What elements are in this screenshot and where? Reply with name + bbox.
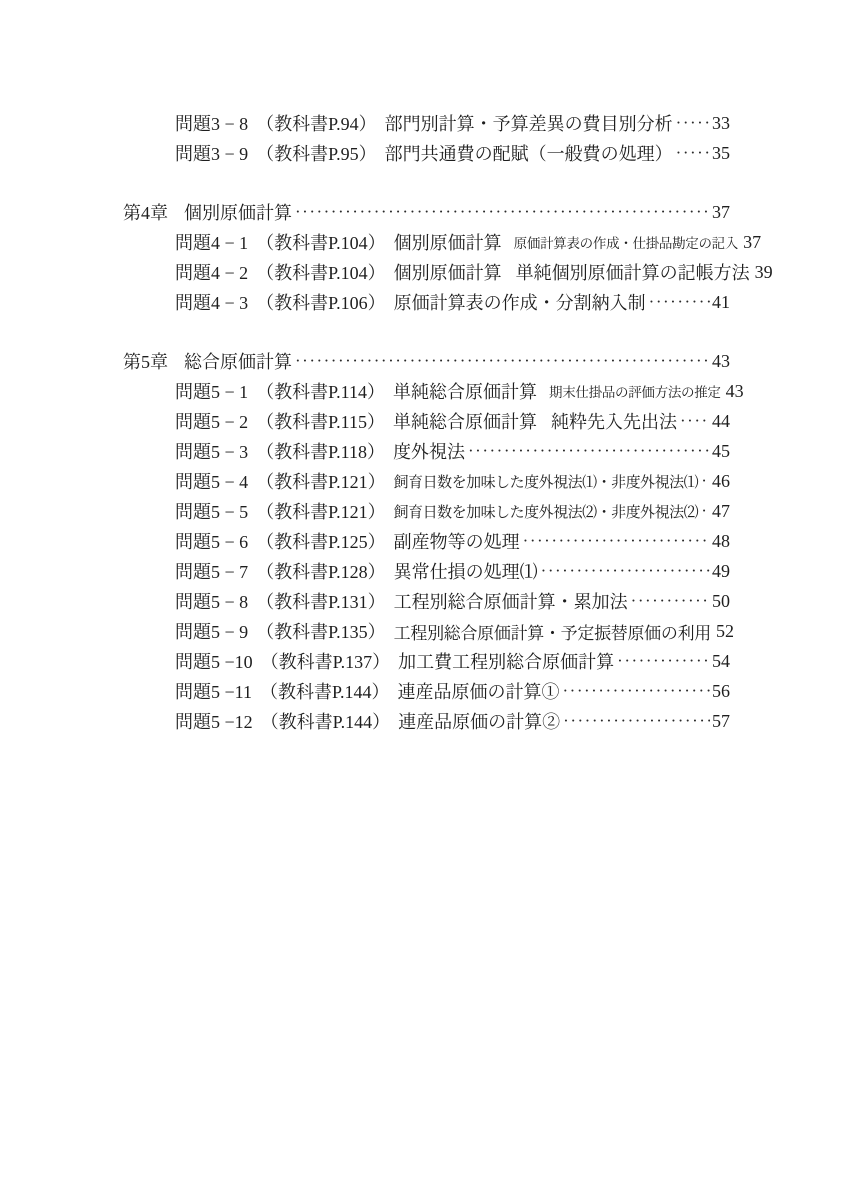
- page-number: 46: [712, 471, 730, 492]
- textbook-ref: （教科書P.128）: [256, 558, 386, 584]
- problem-number: 問題5 −12: [175, 708, 253, 734]
- dot-leader: ········································…: [523, 531, 710, 551]
- textbook-ref: （教科書P.121）: [256, 498, 386, 524]
- entry-title: 単純総合原価計算: [393, 408, 537, 434]
- page-number: 56: [712, 681, 730, 702]
- textbook-ref: （教科書P.95）: [256, 140, 377, 166]
- page-number: 50: [712, 591, 730, 612]
- entry-title: 異常仕損の処理⑴: [394, 558, 538, 584]
- entry-subtitle: 期末仕掛品の評価方法の推定: [549, 381, 721, 401]
- problem-number: 問題3 − 9: [175, 140, 248, 166]
- toc-chapter-entry: 第4章 個別原価計算 ·····························…: [123, 197, 730, 227]
- problem-number: 問題4 − 3: [175, 289, 248, 315]
- page-number: 49: [712, 561, 730, 582]
- page-number: 43: [726, 381, 744, 402]
- entry-title: 連産品原価の計算①: [398, 678, 560, 704]
- toc-entry: 問題5 − 1 （教科書P.114） 単純総合原価計算 期末仕掛品の評価方法の推…: [123, 376, 730, 406]
- textbook-ref: （教科書P.144）: [260, 678, 390, 704]
- textbook-ref: （教科書P.135）: [256, 618, 386, 644]
- toc-entry: 問題5 − 5 （教科書P.121） 飼育日数を加味した度外視法⑵・非度外視法⑵…: [123, 496, 730, 526]
- problem-number: 問題5 − 9: [175, 618, 248, 644]
- page-number: 37: [743, 232, 761, 253]
- dot-leader: ········································…: [680, 411, 710, 431]
- dot-leader: ········································…: [617, 651, 710, 671]
- page-number: 37: [712, 202, 730, 223]
- toc-entry: 問題5 − 4 （教科書P.121） 飼育日数を加味した度外視法⑴・非度外視法⑴…: [123, 466, 730, 496]
- entry-title: 部門共通費の配賦（一般費の処理）: [385, 140, 673, 166]
- textbook-ref: （教科書P.131）: [256, 588, 386, 614]
- problem-number: 問題5 − 1: [175, 378, 248, 404]
- entry-title: 工程別総合原価計算・累加法: [394, 588, 628, 614]
- dot-leader: ········································…: [676, 143, 710, 163]
- dot-leader: ········································…: [701, 501, 710, 521]
- textbook-ref: （教科書P.114）: [256, 378, 385, 404]
- dot-leader: ········································…: [676, 113, 710, 133]
- page-number: 45: [712, 441, 730, 462]
- chapter-number: 第4章: [123, 199, 168, 225]
- toc-entry: 問題5 − 8 （教科書P.131） 工程別総合原価計算・累加法 ·······…: [123, 586, 730, 616]
- table-of-contents: 問題3 − 8 （教科書P.94） 部門別計算・予算差異の費目別分析 ·····…: [123, 108, 730, 736]
- problem-number: 問題5 −10: [175, 648, 253, 674]
- dot-leader: ········································…: [649, 292, 710, 312]
- page-number: 52: [716, 621, 734, 642]
- page-number: 57: [712, 711, 730, 732]
- problem-number: 問題5 − 7: [175, 558, 248, 584]
- toc-entry: 問題5 − 7 （教科書P.128） 異常仕損の処理⑴ ············…: [123, 556, 730, 586]
- textbook-ref: （教科書P.118）: [256, 438, 385, 464]
- toc-chapter-entry: 第5章 総合原価計算 ·····························…: [123, 346, 730, 376]
- dot-leader: ········································…: [563, 681, 711, 701]
- problem-number: 問題4 − 2: [175, 259, 248, 285]
- problem-number: 問題5 − 2: [175, 408, 248, 434]
- textbook-ref: （教科書P.121）: [256, 468, 386, 494]
- scanned-toc-page: 問題3 − 8 （教科書P.94） 部門別計算・予算差異の費目別分析 ·····…: [0, 0, 850, 1200]
- page-number: 33: [712, 113, 730, 134]
- problem-number: 問題5 − 6: [175, 528, 248, 554]
- problem-number: 問題4 − 1: [175, 229, 248, 255]
- toc-entry: 問題5 −11 （教科書P.144） 連産品原価の計算① ···········…: [123, 676, 730, 706]
- dot-leader: ········································…: [541, 561, 710, 581]
- textbook-ref: （教科書P.125）: [256, 528, 386, 554]
- page-number: 48: [712, 531, 730, 552]
- problem-number: 問題5 − 4: [175, 468, 248, 494]
- problem-number: 問題5 − 3: [175, 438, 248, 464]
- textbook-ref: （教科書P.115）: [256, 408, 385, 434]
- dot-leader: ········································…: [631, 591, 710, 611]
- entry-subtitle: 原価計算表の作成・仕掛品勘定の記入: [514, 232, 738, 252]
- entry-subtitle: 純粋先入先出法: [551, 408, 677, 434]
- toc-entry: 問題5 − 3 （教科書P.118） 度外視法 ················…: [123, 436, 730, 466]
- entry-title: 単純総合原価計算: [393, 378, 537, 404]
- chapter-title: 総合原価計算: [184, 348, 292, 374]
- entry-title: 個別原価計算: [394, 259, 502, 285]
- toc-entry: 問題4 − 1 （教科書P.104） 個別原価計算 原価計算表の作成・仕掛品勘定…: [123, 227, 730, 257]
- entry-title: 原価計算表の作成・分割納入制: [394, 289, 646, 315]
- toc-entry: 問題4 − 2 （教科書P.104） 個別原価計算 単純個別原価計算の記帳方法 …: [123, 257, 730, 287]
- entry-title: 個別原価計算: [394, 229, 502, 255]
- toc-entry: 問題3 − 9 （教科書P.95） 部門共通費の配賦（一般費の処理） ·····…: [123, 138, 730, 168]
- entry-title: 加工費工程別総合原価計算: [398, 648, 614, 674]
- page-number: 35: [712, 143, 730, 164]
- page-number: 44: [712, 411, 730, 432]
- entry-subtitle: 単純個別原価計算の記帳方法: [516, 259, 750, 285]
- page-number: 47: [712, 501, 730, 522]
- toc-entry: 問題5 − 6 （教科書P.125） 副産物等の処理 ·············…: [123, 526, 730, 556]
- textbook-ref: （教科書P.106）: [256, 289, 386, 315]
- problem-number: 問題5 − 8: [175, 588, 248, 614]
- page-number: 54: [712, 651, 730, 672]
- dot-leader: ········································…: [468, 441, 710, 461]
- toc-entry: 問題5 − 9 （教科書P.135） 工程別総合原価計算・予定振替原価の利用 ·…: [123, 616, 730, 646]
- textbook-ref: （教科書P.137）: [261, 648, 391, 674]
- entry-title: 連産品原価の計算②: [398, 708, 560, 734]
- toc-entry: 問題5 −12 （教科書P.144） 連産品原価の計算② ···········…: [123, 706, 730, 736]
- toc-entry: 問題5 −10 （教科書P.137） 加工費工程別総合原価計算 ········…: [123, 646, 730, 676]
- problem-number: 問題5 −11: [175, 678, 252, 704]
- textbook-ref: （教科書P.104）: [256, 259, 386, 285]
- entry-title: 工程別総合原価計算・予定振替原価の利用: [394, 619, 711, 644]
- dot-leader: ········································…: [295, 351, 710, 371]
- page-number: 43: [712, 351, 730, 372]
- textbook-ref: （教科書P.94）: [256, 110, 377, 136]
- toc-entry: 問題4 − 3 （教科書P.106） 原価計算表の作成・分割納入制 ······…: [123, 287, 730, 317]
- entry-title: 飼育日数を加味した度外視法⑴・非度外視法⑴: [394, 471, 699, 492]
- dot-leader: ········································…: [701, 471, 710, 491]
- page-number: 41: [712, 292, 730, 313]
- textbook-ref: （教科書P.104）: [256, 229, 386, 255]
- page-number: 39: [755, 262, 773, 283]
- toc-entry: 問題3 − 8 （教科書P.94） 部門別計算・予算差異の費目別分析 ·····…: [123, 108, 730, 138]
- dot-leader: ········································…: [563, 711, 710, 731]
- problem-number: 問題5 − 5: [175, 498, 248, 524]
- dot-leader: ········································…: [295, 202, 710, 222]
- toc-entry: 問題5 − 2 （教科書P.115） 単純総合原価計算 純粋先入先出法 ····…: [123, 406, 730, 436]
- chapter-title: 個別原価計算: [184, 199, 292, 225]
- problem-number: 問題3 − 8: [175, 110, 248, 136]
- entry-title: 副産物等の処理: [394, 528, 520, 554]
- chapter-number: 第5章: [123, 348, 168, 374]
- entry-title: 飼育日数を加味した度外視法⑵・非度外視法⑵: [394, 501, 699, 522]
- entry-title: 度外視法: [393, 438, 465, 464]
- entry-title: 部門別計算・予算差異の費目別分析: [385, 110, 673, 136]
- textbook-ref: （教科書P.144）: [261, 708, 391, 734]
